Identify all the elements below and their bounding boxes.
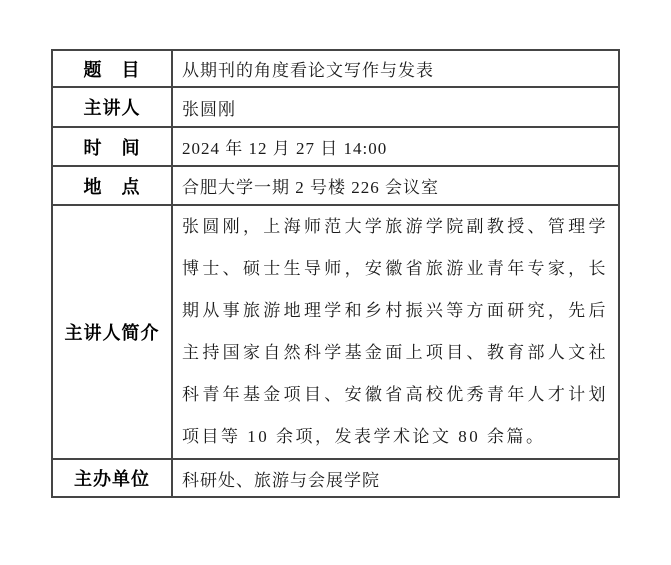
row-label-title: 题 目 bbox=[52, 50, 172, 87]
row-label-location: 地 点 bbox=[52, 166, 172, 205]
table-row-location: 地 点 合肥大学一期 2 号楼 226 会议室 bbox=[52, 166, 619, 205]
row-value-speaker: 张圆刚 bbox=[172, 87, 619, 127]
row-value-location: 合肥大学一期 2 号楼 226 会议室 bbox=[172, 166, 619, 205]
row-label-organizer: 主办单位 bbox=[52, 459, 172, 497]
notice-page: 题 目 从期刊的角度看论文写作与发表 主讲人 张圆刚 时 间 2024 年 12… bbox=[0, 0, 671, 565]
table-row-speaker-bio: 主讲人简介 张圆刚，上海师范大学旅游学院副教授、管理学博士、硕士生导师，安徽省旅… bbox=[52, 205, 619, 459]
table-row-time: 时 间 2024 年 12 月 27 日 14:00 bbox=[52, 127, 619, 166]
row-label-time: 时 间 bbox=[52, 127, 172, 166]
row-value-title: 从期刊的角度看论文写作与发表 bbox=[172, 50, 619, 87]
table-row-organizer: 主办单位 科研处、旅游与会展学院 bbox=[52, 459, 619, 497]
table-row-title: 题 目 从期刊的角度看论文写作与发表 bbox=[52, 50, 619, 87]
notice-table: 题 目 从期刊的角度看论文写作与发表 主讲人 张圆刚 时 间 2024 年 12… bbox=[51, 49, 620, 498]
row-value-organizer: 科研处、旅游与会展学院 bbox=[172, 459, 619, 497]
row-label-speaker-bio: 主讲人简介 bbox=[52, 205, 172, 459]
table-row-speaker: 主讲人 张圆刚 bbox=[52, 87, 619, 127]
row-label-speaker: 主讲人 bbox=[52, 87, 172, 127]
row-value-speaker-bio: 张圆刚，上海师范大学旅游学院副教授、管理学博士、硕士生导师，安徽省旅游业青年专家… bbox=[172, 205, 619, 459]
row-value-time: 2024 年 12 月 27 日 14:00 bbox=[172, 127, 619, 166]
